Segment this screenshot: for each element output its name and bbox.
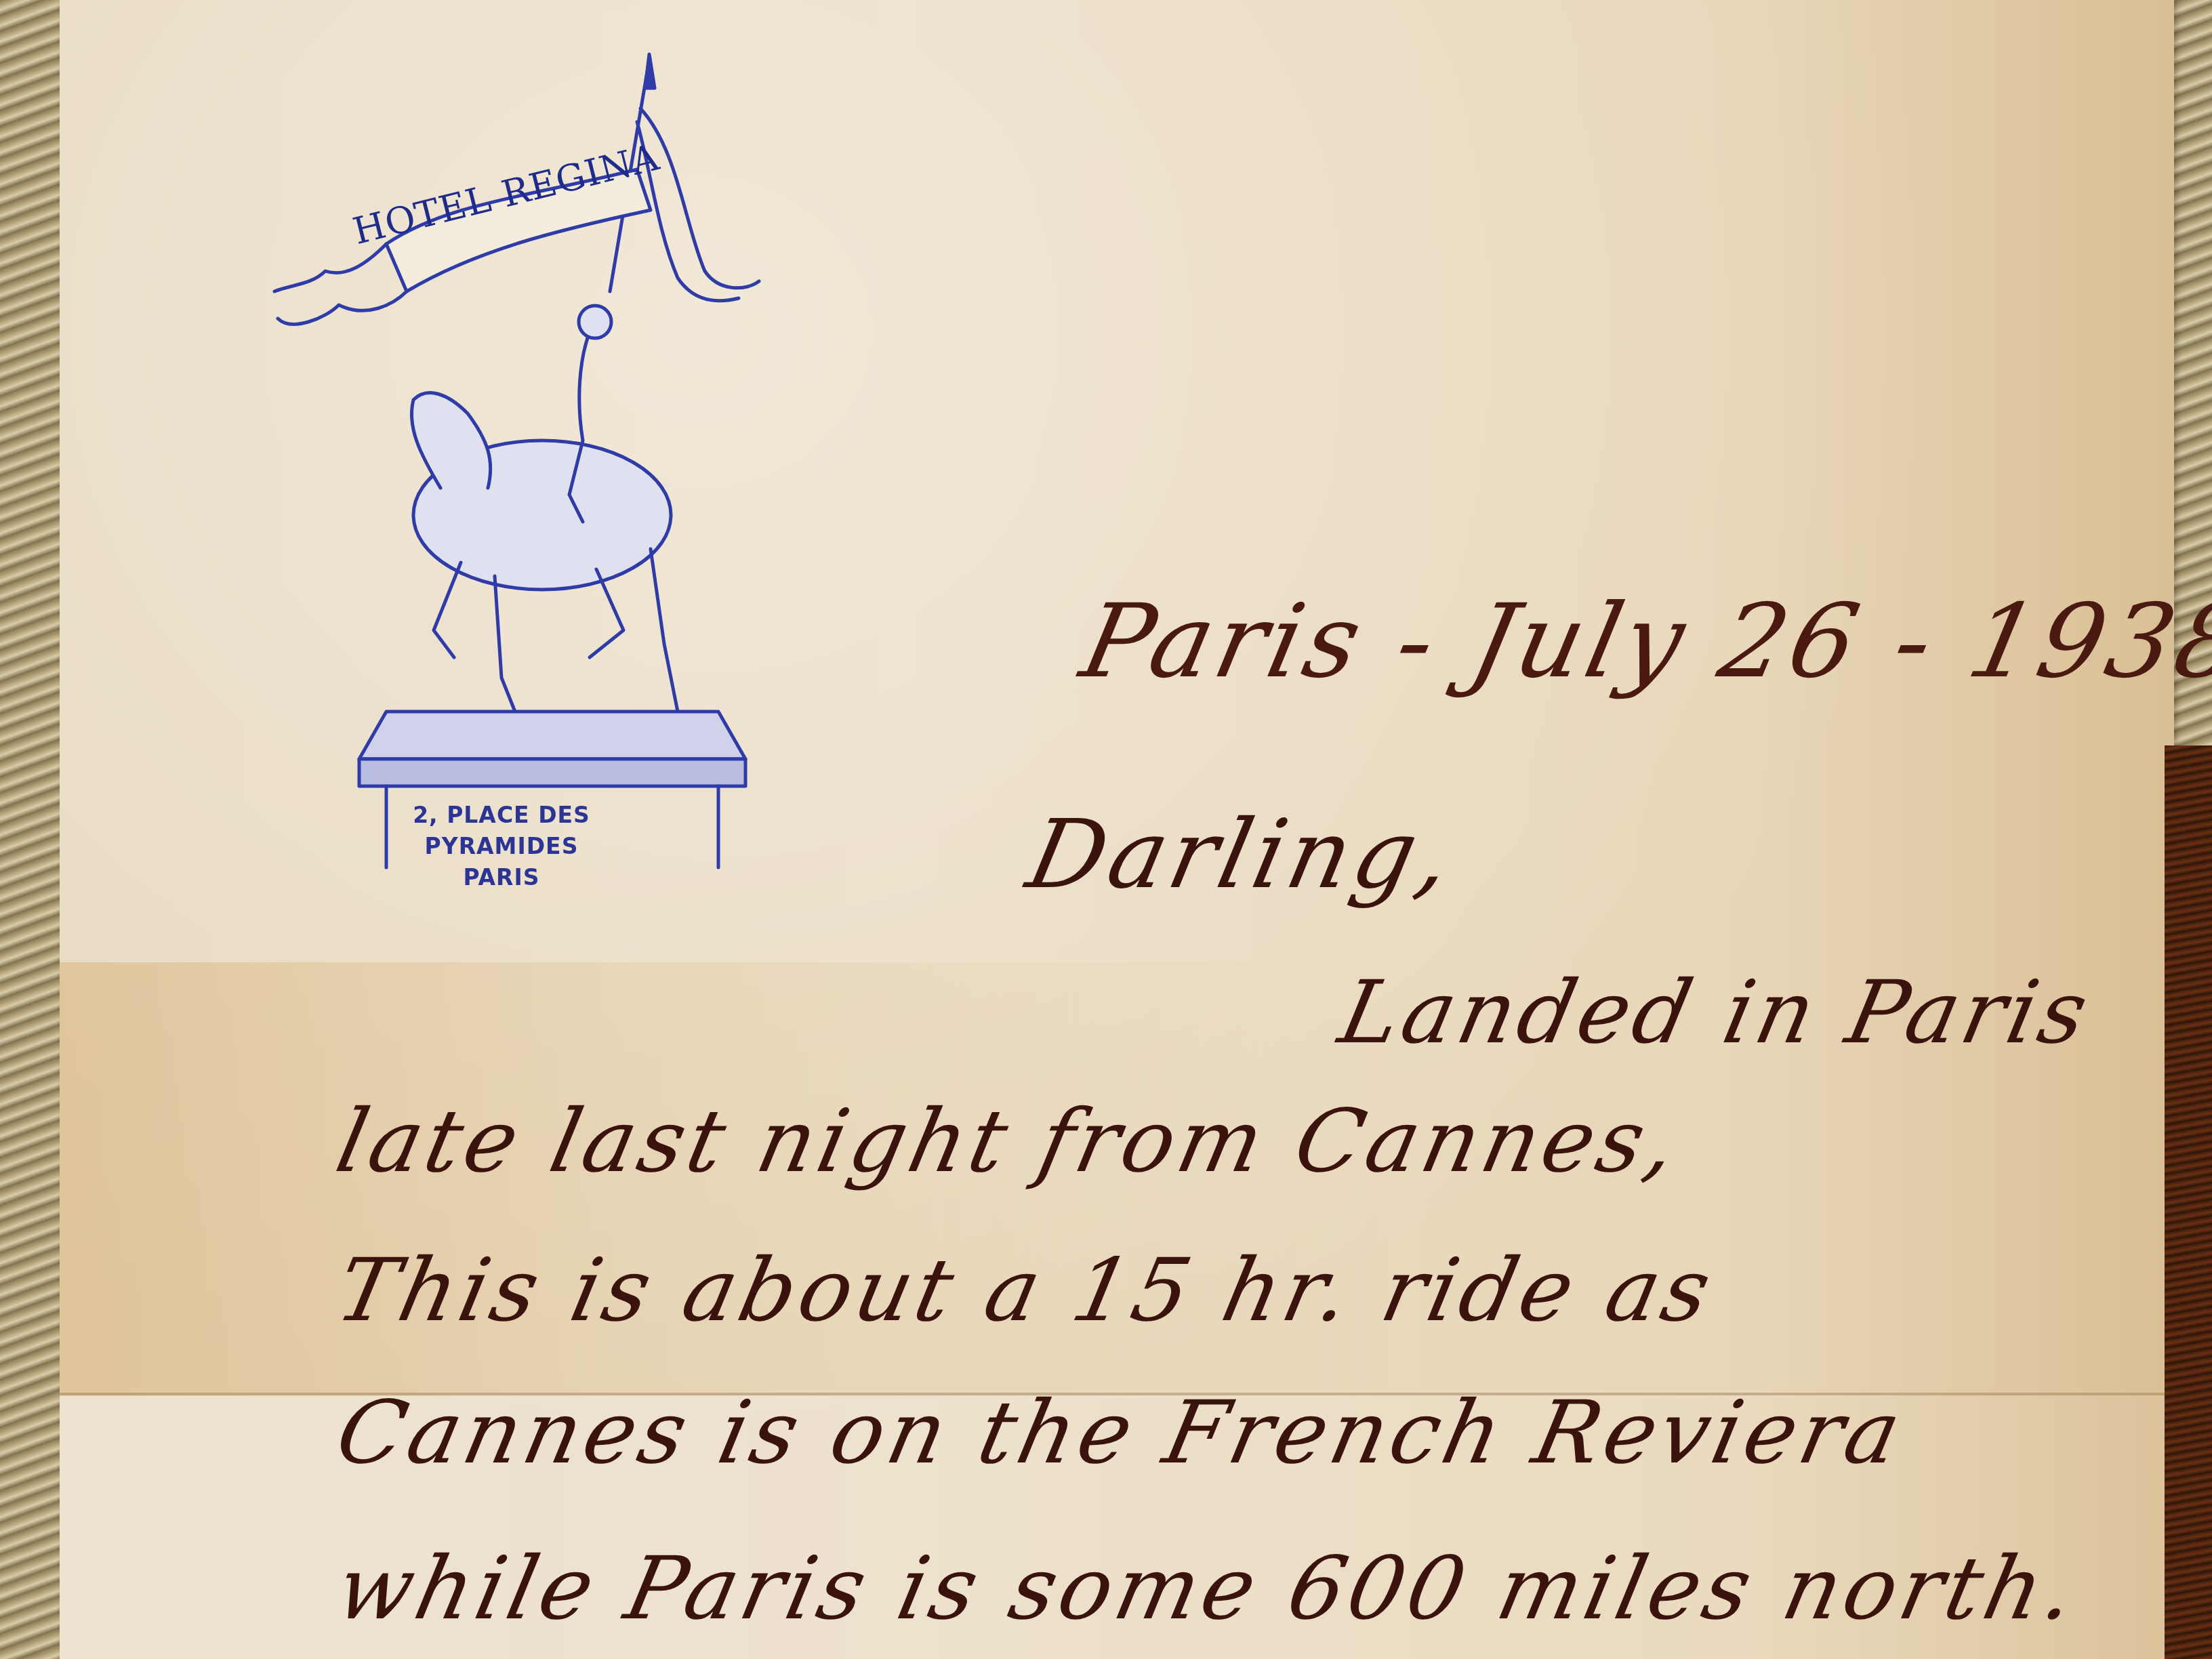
letter-body-line: Landed in Paris [1331,962,2100,1063]
address-line: PARIS [390,862,613,893]
hotel-letterhead: HOTEL REGINA 2, PLACE DES PYRAMIDES PARI… [271,47,786,928]
letter-dateline: Paris - July 26 - 1938 [1072,583,2212,701]
address-line: 2, PLACE DES [390,800,613,831]
hotel-address: 2, PLACE DES PYRAMIDES PARIS [390,800,613,893]
letter-body-line: Cannes is on the French Reviera [328,1382,1912,1483]
address-line: PYRAMIDES [390,831,613,862]
letter-salutation: Darling, [1019,800,1465,910]
letter-body-line: late last night from Cannes, [328,1091,1689,1192]
background-edge [2165,745,2212,1659]
letter-body-line: while Paris is some 600 miles north. [328,1538,2088,1639]
letter-body-line: This is about a 15 hr. ride as [328,1240,1723,1341]
